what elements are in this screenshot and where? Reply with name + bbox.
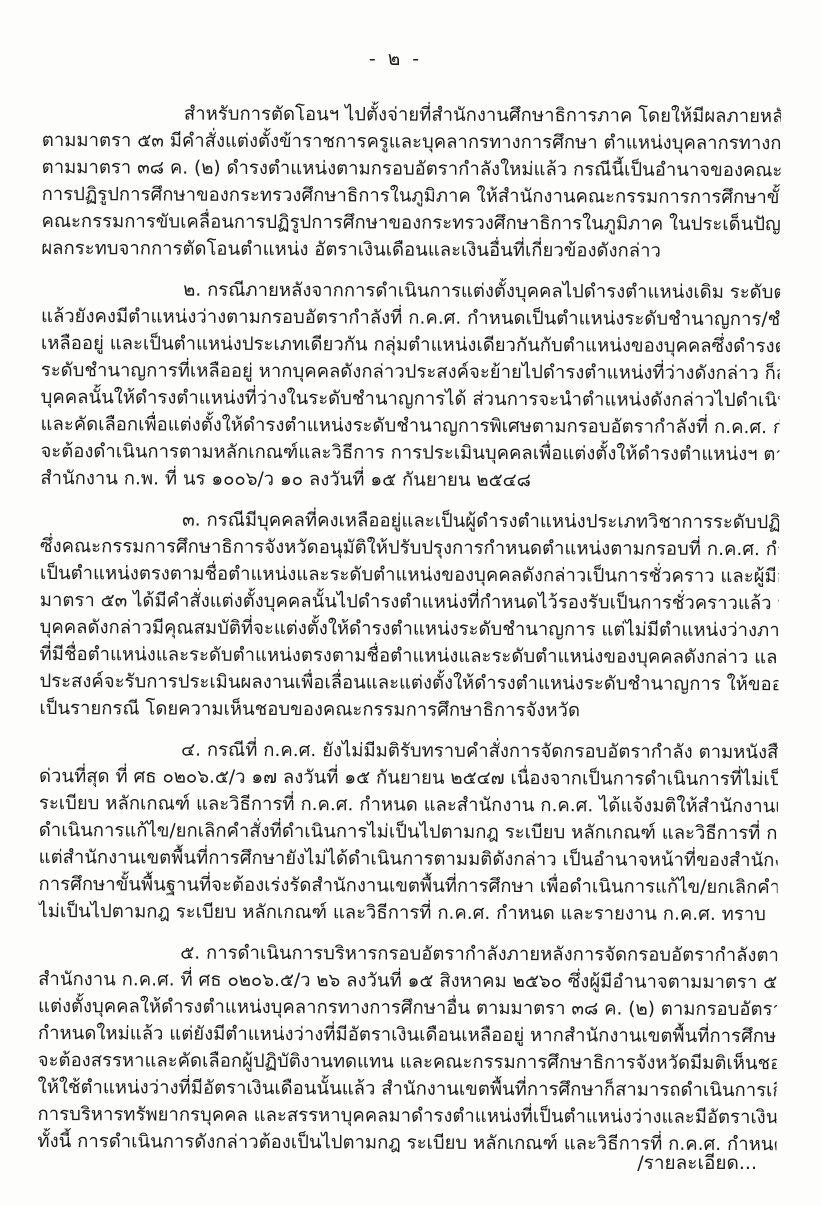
- text-line: สำนักงาน ก.ค.ศ. ที่ ศธ ๐๒๐๖.๕/ว ๒๖ ลงวัน…: [38, 966, 777, 996]
- text-line: เป็นรายกรณี โดยความเห็นชอบของคณะกรรมการศ…: [39, 695, 778, 725]
- text-line: บุคคลนั้นให้ดำรงตำแหน่งที่ว่างในระดับชำน…: [41, 384, 780, 414]
- paragraph: ๕. การดำเนินการบริหารกรอบอัตรากำลังภายหล…: [37, 939, 777, 1158]
- text-line: ไม่เป็นไปตามกฎ ระเบียบ หลักเกณฑ์ และวิธี…: [38, 898, 777, 928]
- paragraph: ๓. กรณีมีบุคคลที่คงเหลืออยู่และเป็นผู้ดำ…: [39, 506, 779, 725]
- text-line: ซึ่งคณะกรรมการศึกษาธิการจังหวัดอนุมัติให…: [40, 533, 779, 563]
- text-line: ตามมาตรา ๓๘ ค. (๒) ดำรงตำแหน่งตามกรอบอัต…: [42, 154, 781, 184]
- text-line: ดำเนินการแก้ไข/ยกเลิกคำสั่งที่ดำเนินการไ…: [39, 817, 778, 847]
- text-line: จะต้องดำเนินการตามหลักเกณฑ์และวิธีการ กา…: [40, 438, 779, 468]
- text-line: ๕. การดำเนินการบริหารกรอบอัตรากำลังภายหล…: [38, 939, 777, 969]
- text-line: เป็นตำแหน่งตรงตามชื่อตำแหน่งและระดับตำแห…: [40, 560, 779, 590]
- text-line: บุคคลดังกล่าวมีคุณสมบัติที่จะแต่งตั้งให้…: [40, 614, 779, 644]
- document-body: สำหรับการตัดโอนฯ ไปตั้งจ่ายที่สำนักงานศึ…: [37, 100, 781, 1172]
- text-line: ๒. กรณีภายหลังจากการดำเนินการแต่งตั้งบุค…: [41, 276, 780, 306]
- text-line: ที่มีชื่อตำแหน่งและระดับตำแหน่งตรงตามชื่…: [40, 641, 779, 671]
- page-number: - ๒ -: [0, 44, 791, 74]
- text-line: จะต้องสรรหาและคัดเลือกผู้ปฏิบัติงานทดแทน…: [38, 1047, 777, 1077]
- text-line: ด่วนที่สุด ที่ ศธ ๐๒๐๖.๕/ว ๑๗ ลงวันที่ ๑…: [39, 763, 778, 793]
- paragraph: ๔. กรณีที่ ก.ค.ศ. ยังไม่มีมติรับทราบคำสั…: [38, 736, 778, 928]
- text-line: ตามมาตรา ๕๓ มีคำสั่งแต่งตั้งข้าราชการครู…: [42, 127, 781, 157]
- text-line: คณะกรรมการขับเคลื่อนการปฏิรูปการศึกษาของ…: [41, 208, 780, 238]
- text-line: ระเบียบ หลักเกณฑ์ และวิธีการที่ ก.ค.ศ. ก…: [39, 790, 778, 820]
- text-line: แล้วยังคงมีตำแหน่งว่างตามกรอบอัตรากำลังท…: [41, 303, 780, 333]
- text-line: ๓. กรณีมีบุคคลที่คงเหลืออยู่และเป็นผู้ดำ…: [40, 506, 779, 536]
- text-line: การศึกษาขั้นพื้นฐานที่จะต้องเร่งรัดสำนัก…: [39, 871, 778, 901]
- paragraph: สำหรับการตัดโอนฯ ไปตั้งจ่ายที่สำนักงานศึ…: [41, 100, 781, 265]
- scanned-document-page: - ๒ - สำหรับการตัดโอนฯ ไปตั้งจ่ายที่สำนั…: [0, 0, 821, 1206]
- text-line: ระดับชำนาญการที่เหลืออยู่ หากบุคคลดังกล่…: [41, 357, 780, 387]
- continuation-marker: /รายละเอียด...: [637, 1148, 757, 1178]
- paragraph: ๒. กรณีภายหลังจากการดำเนินการแต่งตั้งบุค…: [40, 276, 780, 495]
- text-line: การบริหารทรัพยากรบุคคล และสรรหาบุคคลมาดำ…: [38, 1101, 777, 1131]
- text-line: กำหนดใหม่แล้ว แต่ยังมีตำแหน่งว่างที่มีอั…: [38, 1020, 777, 1050]
- text-line: สำหรับการตัดโอนฯ ไปตั้งจ่ายที่สำนักงานศึ…: [42, 100, 781, 130]
- text-line: เหลืออยู่ และเป็นตำแหน่งประเภทเดียวกัน ก…: [41, 330, 780, 360]
- text-line: แต่งตั้งบุคคลให้ดำรงตำแหน่งบุคลากรทางการ…: [38, 993, 777, 1023]
- text-line: ผลกระทบจากการตัดโอนตำแหน่ง อัตราเงินเดือ…: [41, 235, 780, 265]
- text-line: และคัดเลือกเพื่อแต่งตั้งให้ดำรงตำแหน่งระ…: [41, 411, 780, 441]
- text-line: ๔. กรณีที่ ก.ค.ศ. ยังไม่มีมติรับทราบคำสั…: [39, 736, 778, 766]
- text-line: การปฏิรูปการศึกษาของกระทรวงศึกษาธิการในภ…: [42, 181, 781, 211]
- text-line: ประสงค์จะรับการประเมินผลงานเพื่อเลื่อนแล…: [39, 668, 778, 698]
- text-line: แต่สำนักงานเขตพื้นที่การศึกษายังไม่ได้ดำ…: [39, 844, 778, 874]
- text-line: มาตรา ๕๓ ได้มีคำสั่งแต่งตั้งบุคคลนั้นไปด…: [40, 587, 779, 617]
- text-line: สำนักงาน ก.พ. ที่ นร ๑๐๐๖/ว ๑๐ ลงวันที่ …: [40, 465, 779, 495]
- text-line: ให้ใช้ตำแหน่งว่างที่มีอัตราเงินเดือนนั้น…: [38, 1074, 777, 1104]
